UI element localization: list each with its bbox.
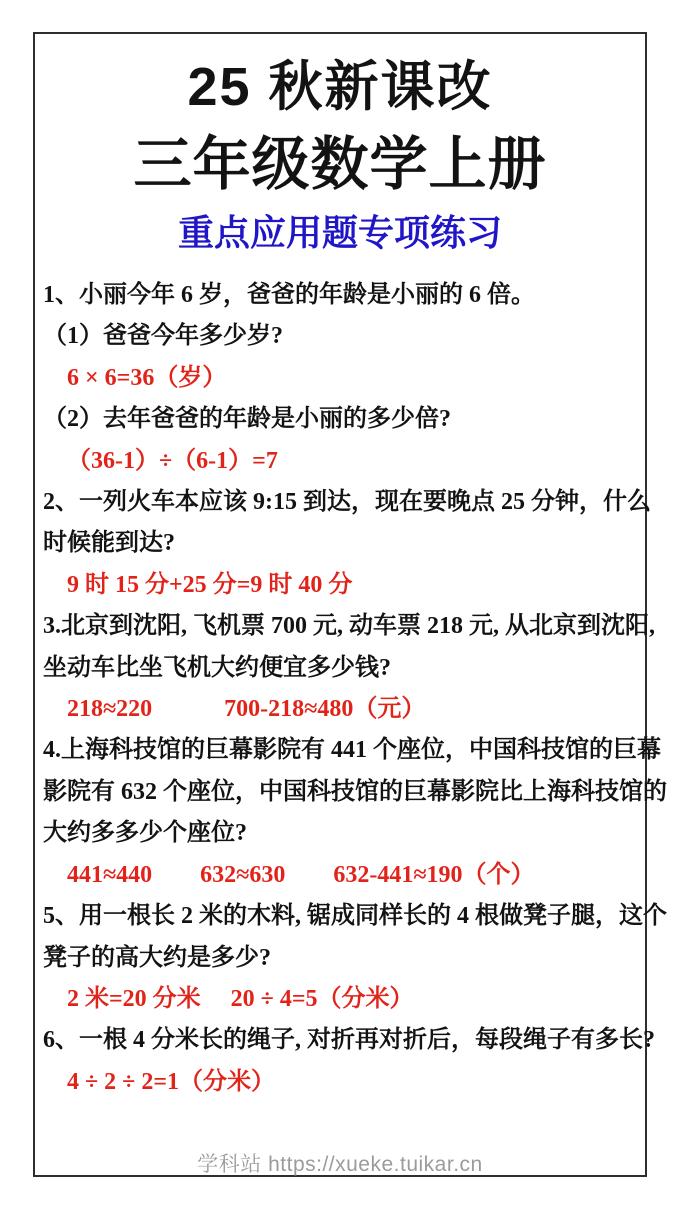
question-line: （2）去年爸爸的年龄是小丽的多少倍? bbox=[43, 399, 643, 440]
question-line: 影院有 632 个座位，中国科技馆的巨幕影院比上海科技馆的 bbox=[43, 772, 643, 813]
worksheet-content: 25 秋新课改 三年级数学上册 重点应用题专项练习 1、小丽今年 6 岁，爸爸的… bbox=[35, 34, 645, 1103]
question-line: 凳子的高大约是多少? bbox=[43, 938, 643, 979]
problems-text: 1、小丽今年 6 岁，爸爸的年龄是小丽的 6 倍。 （1）爸爸今年多少岁? 6 … bbox=[35, 275, 645, 1103]
answer-line: 6 × 6=36（岁） bbox=[43, 358, 643, 399]
question-line: 1、小丽今年 6 岁，爸爸的年龄是小丽的 6 倍。 bbox=[43, 275, 643, 316]
question-line: 坐动车比坐飞机大约便宜多少钱? bbox=[43, 648, 643, 689]
answer-line: （36-1）÷（6-1）=7 bbox=[43, 441, 643, 482]
page-title-line1: 25 秋新课改 bbox=[35, 56, 645, 118]
answer-line: 218≈220 700-218≈480（元） bbox=[43, 689, 643, 730]
question-line: 2、一列火车本应该 9:15 到达，现在要晚点 25 分钟，什么 bbox=[43, 482, 643, 523]
question-line: （1）爸爸今年多少岁? bbox=[43, 316, 643, 357]
answer-line: 9 时 15 分+25 分=9 时 40 分 bbox=[43, 565, 643, 606]
question-line: 6、一根 4 分米长的绳子, 对折再对折后，每段绳子有多长? bbox=[43, 1020, 643, 1061]
answer-line: 441≈440 632≈630 632-441≈190（个） bbox=[43, 855, 643, 896]
question-line: 4.上海科技馆的巨幕影院有 441 个座位，中国科技馆的巨幕 bbox=[43, 730, 643, 771]
watermark-footer: 学科站 https://xueke.tuikar.cn bbox=[0, 1148, 680, 1178]
answer-line: 4 ÷ 2 ÷ 2=1（分米） bbox=[43, 1062, 643, 1103]
page-subtitle: 重点应用题专项练习 bbox=[35, 212, 645, 254]
page-title-line2: 三年级数学上册 bbox=[35, 132, 645, 198]
question-line: 5、用一根长 2 米的木料, 锯成同样长的 4 根做凳子腿，这个 bbox=[43, 896, 643, 937]
answer-line: 2 米=20 分米 20 ÷ 4=5（分米） bbox=[43, 979, 643, 1020]
question-line: 大约多多少个座位? bbox=[43, 813, 643, 854]
question-line: 3.北京到沈阳, 飞机票 700 元, 动车票 218 元, 从北京到沈阳, bbox=[43, 606, 643, 647]
question-line: 时候能到达? bbox=[43, 523, 643, 564]
